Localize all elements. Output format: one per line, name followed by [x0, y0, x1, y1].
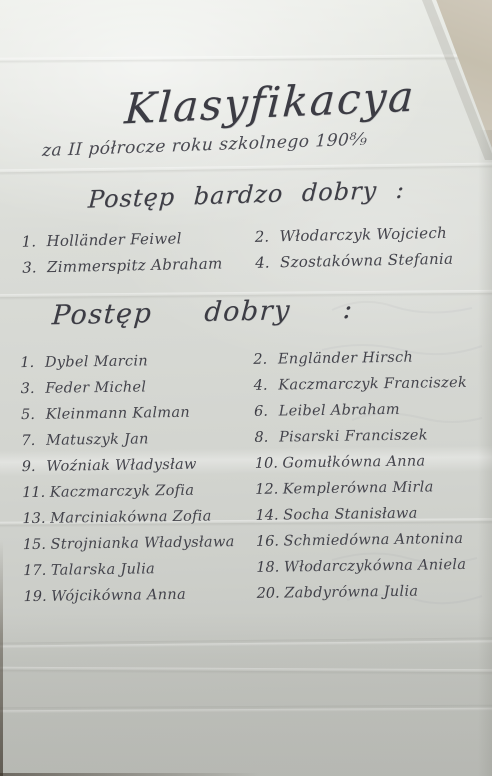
list-entry: 18. Włodarczykówna Aniela [248, 557, 492, 586]
list-entry: 13. Marciniakówna Zofia [0, 508, 247, 537]
list-entry: 15. Strojnianka Władysława [1, 534, 248, 563]
list-entry: 4. Kaczmarczyk Franciszek [246, 375, 491, 404]
list-entry: 2. Engländer Hirsch [245, 349, 490, 378]
list-entry: 16. Schmiedówna Antonina [248, 531, 492, 560]
list-entry: 5. Kleinmann Kalman [0, 404, 246, 433]
list-entry: 9. Woźniak Władysław [0, 456, 247, 485]
list-entry: 20. Zabdyrówna Julia [249, 583, 492, 612]
list-entry: 4. Szostakówna Stefania [247, 249, 492, 280]
list-entry: 3. Zimmerspitz Abraham [0, 254, 248, 285]
list-entry: 6. Leibel Abraham [246, 401, 491, 430]
list-entry: 11. Kaczmarczyk Zofia [0, 482, 247, 511]
list-entry: 14. Socha Stanisława [247, 505, 492, 534]
list-good: 1. Dybel Marcin 2. Engländer Hirsch 3. F… [0, 349, 492, 616]
list-entry: 8. Pisarski Franciszek [246, 427, 491, 456]
list-entry: 1. Dybel Marcin [0, 352, 246, 381]
document-subtitle: za II półrocze roku szkolnego 190⁸⁄₉ [42, 127, 443, 161]
document-title: Klasyfikacya [109, 71, 432, 134]
fold-crease [0, 54, 492, 64]
list-entry: 3. Feder Michel [0, 378, 246, 407]
list-entry: 7. Matuszyk Jan [0, 430, 247, 459]
list-entry: 10. Gomułkówna Anna [247, 453, 492, 482]
section-heading-very-good: Postęp bardzo dobry : [87, 174, 448, 213]
list-entry: 19. Wójcikówna Anna [1, 586, 248, 615]
document-page: Klasyfikacya za II półrocze roku szkolne… [0, 0, 492, 776]
list-entry: 17. Talarska Julia [1, 560, 248, 589]
list-entry: 12. Kemplerówna Mirla [247, 479, 492, 508]
list-very-good: 1. Holländer Feiwel 2. Włodarczyk Wojcie… [0, 223, 492, 285]
